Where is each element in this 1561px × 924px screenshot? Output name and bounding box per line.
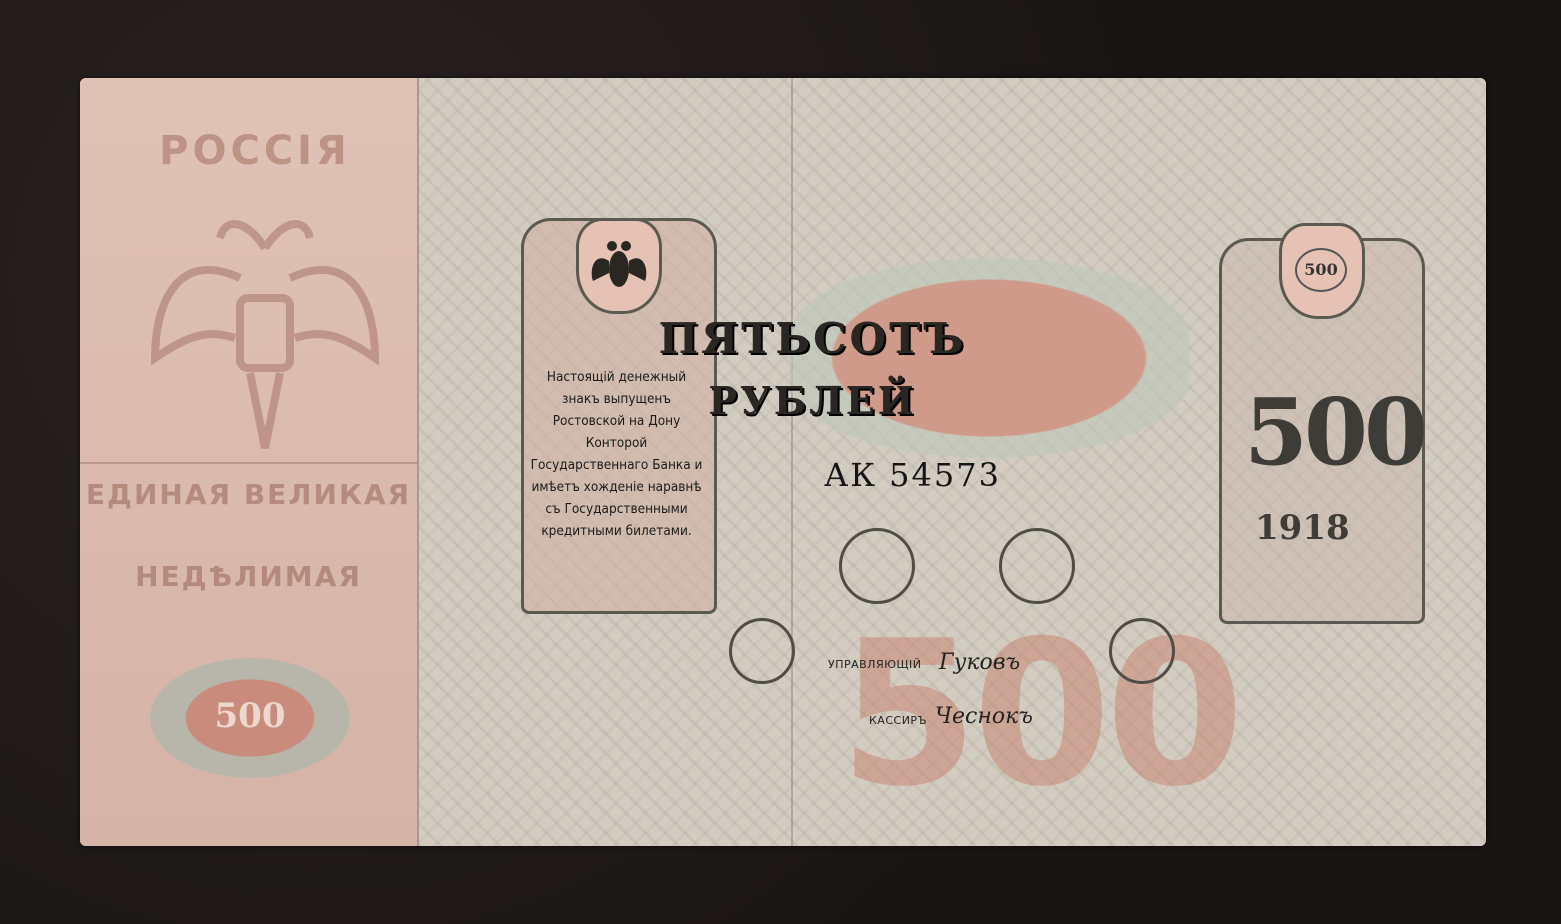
eagle-crest-icon	[576, 218, 662, 314]
watermark-title: РОССІЯ	[140, 128, 370, 174]
fold-crease	[80, 462, 417, 464]
denomination-value: 500	[1244, 378, 1424, 486]
eagle-icon	[579, 221, 659, 311]
cashier-label: КАССИРЪ	[869, 714, 927, 727]
rosette-value: 500	[150, 696, 350, 736]
stub-rosette: 500	[150, 658, 350, 778]
value-medallion: 500	[1279, 223, 1365, 319]
manager-label: УПРАВЛЯЮЩІЙ	[828, 658, 921, 671]
manager-signature: Гуковъ	[939, 650, 1020, 675]
issue-year: 1918	[1255, 508, 1350, 548]
denomination-words-line2: РУБЛЕЙ	[279, 378, 1346, 423]
scroll-ornament-icon	[999, 528, 1075, 604]
watermark-motto-line1: ЕДИНАЯ ВЕЛИКАЯ	[80, 478, 417, 511]
cashier-signature: Чеснокъ	[935, 704, 1033, 729]
medallion-value: 500	[1295, 248, 1347, 292]
scroll-ornament-icon	[839, 528, 915, 604]
denomination-words-line1: ПЯТЬСОТЪ	[279, 314, 1346, 363]
scroll-ornament-icon	[1109, 618, 1175, 684]
vertical-fold	[791, 78, 793, 846]
banknote: РОССІЯ ЕДИНАЯ ВЕЛИКАЯ НЕДѢЛИМАЯ 500 500	[80, 78, 1486, 846]
serial-number: АК 54573	[824, 456, 1001, 494]
watermark-motto-line2: НЕДѢЛИМАЯ	[80, 560, 417, 593]
scroll-ornament-icon	[729, 618, 795, 684]
banknote-face: 500 Настоящій денежный знакъ выпущенъ Ро…	[419, 78, 1486, 846]
watermark-stub: РОССІЯ ЕДИНАЯ ВЕЛИКАЯ НЕДѢЛИМАЯ 500	[80, 78, 419, 846]
